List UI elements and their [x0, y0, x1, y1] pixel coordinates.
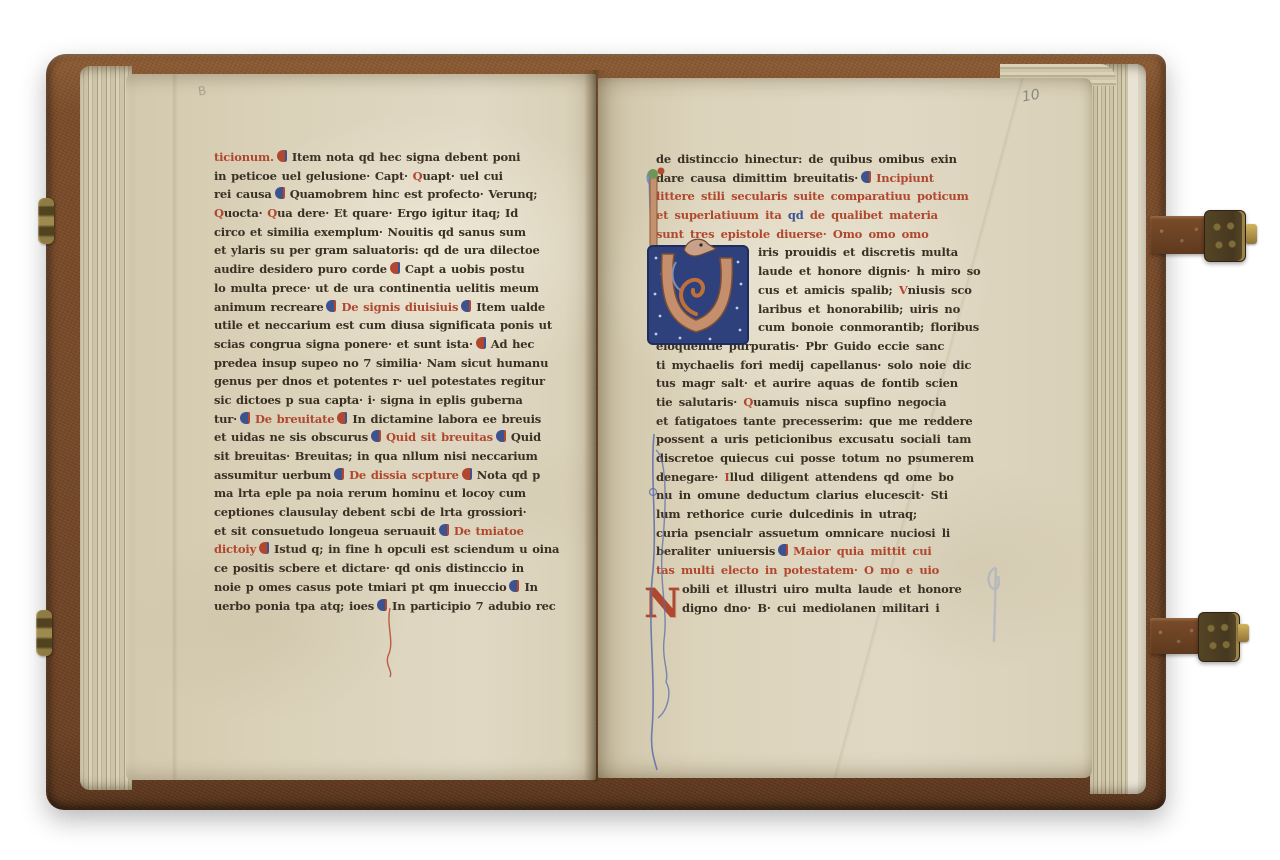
text-line: noie p omes casus pote tmiari pt qm inue… — [214, 578, 566, 597]
text-line: sit breuitas· Breuitas; in qua nllum nis… — [214, 447, 566, 466]
capitulum-mark — [390, 262, 400, 274]
text-line: ticionum.Item nota qd hec signa debent p… — [214, 148, 566, 167]
red-pen-flourish — [382, 608, 400, 678]
text-line: ti mychaelis fori medij capellanus· solo… — [656, 356, 1062, 375]
text-line: et fatigatoes tante precesserim: que me … — [656, 412, 1062, 431]
text-segment: uapt· uel cui — [423, 169, 503, 183]
text-line: ma lrta eple pa noia rerum hominu et loc… — [214, 484, 566, 503]
text-line: ceptiones clausulay debent scbi de lrta … — [214, 503, 566, 522]
text-segment: llud diligent attendens qd ome bo — [730, 470, 954, 484]
capitulum-mark — [277, 150, 287, 162]
text-line: assumitur uerbumDe dissia scptureNota qd… — [214, 466, 566, 485]
manuscript-photo: B ticionum.Item nota qd hec signa debent… — [0, 0, 1280, 860]
text-line: scias congrua signa ponere· et sunt ista… — [214, 335, 566, 354]
quire-mark-pencil: B — [197, 83, 207, 98]
text-segment: assumitur uerbum — [214, 468, 331, 482]
capitulum-mark — [509, 580, 519, 592]
text-segment: Ad hec — [491, 337, 534, 351]
text-segment: niusis sco — [908, 283, 972, 297]
text-segment: Q — [267, 206, 277, 220]
brass-hook-lower — [1238, 624, 1249, 642]
text-line: nu in omune deductum clarius elucescit· … — [656, 486, 1062, 505]
text-segment: et sit consuetudo longeua seruauit — [214, 524, 436, 538]
text-segment: De breuitate — [255, 412, 334, 426]
illuminated-initial: V — [640, 166, 754, 348]
capitulum-mark — [371, 430, 381, 442]
text-segment: De signis diuisiuis — [341, 300, 458, 314]
text-segment: De dissia scpture — [349, 468, 459, 482]
brass-clasp-pin-upper — [38, 198, 54, 244]
text-line: lum rethorice curie dulcedinis in utraq; — [656, 505, 1062, 524]
text-segment: ceptiones clausulay debent scbi de lrta … — [214, 505, 526, 519]
text-line: possent a uris peticionibus excusatu soc… — [656, 430, 1062, 449]
text-segment: rei causa — [214, 187, 272, 201]
text-line: predea insup supeo no 7 similia· Nam sic… — [214, 354, 566, 373]
text-segment: tie salutaris· — [656, 395, 743, 409]
text-line: tus magr salt· et aurire aquas de fontib… — [656, 374, 1062, 393]
text-segment: Item ualde — [476, 300, 545, 314]
text-line: curia psencialr assuetum omnicare nucios… — [656, 524, 1062, 543]
text-line: Quocta· Qua dere· Et quare· Ergo igitur … — [214, 204, 566, 223]
text-line: circo et similia exemplum· Nouitis qd sa… — [214, 223, 566, 242]
text-line: tie salutaris· Quamuis nisca supfino neg… — [656, 393, 1062, 412]
capitulum-mark — [461, 300, 471, 312]
capitulum-mark — [240, 412, 250, 424]
text-segment: sit breuitas· Breuitas; in qua nllum nis… — [214, 449, 538, 463]
text-segment: lum rethorice curie dulcedinis in utraq; — [656, 507, 917, 521]
left-page: B ticionum.Item nota qd hec signa debent… — [126, 74, 596, 780]
text-line: et uidas ne sis obscurusQuid sit breuita… — [214, 428, 566, 447]
clasp-metal-plate-lower — [1198, 612, 1240, 662]
text-segment: Q — [413, 169, 423, 183]
capitulum-mark — [496, 430, 506, 442]
text-segment: curia psencialr assuetum omnicare nucios… — [656, 526, 950, 540]
page-stack-left-edge — [80, 66, 132, 790]
text-segment: lo multa prece· ut de ura continentia ue… — [214, 281, 539, 295]
folio-number: 10 — [1021, 87, 1041, 106]
text-line: utile et neccarium est cum diusa signifi… — [214, 316, 566, 335]
text-segment: possent a uris peticionibus excusatu soc… — [656, 432, 971, 446]
page-stack-fore-edge — [1090, 64, 1146, 794]
text-line: sic dictoes p sua capta· i· signa in epl… — [214, 391, 566, 410]
capitulum-mark — [334, 468, 344, 480]
text-line: discretoe quiecus cui posse totum no psu… — [656, 449, 1062, 468]
brass-clasp-pin-lower — [36, 610, 52, 656]
capitulum-mark — [439, 524, 449, 536]
text-segment: Maior quia mittit cui — [793, 544, 931, 558]
text-segment: ma lrta eple pa noia rerum hominu et loc… — [214, 486, 526, 500]
text-segment: uamuis nisca supfino negocia — [753, 395, 946, 409]
text-segment: et ylaris su per gram saluatoris: qd de … — [214, 243, 540, 257]
text-segment: et uidas ne sis obscurus — [214, 430, 368, 444]
brass-hook-upper — [1246, 224, 1257, 244]
text-segment: De tmiatoe — [454, 524, 524, 538]
text-segment: ti mychaelis fori medij capellanus· solo… — [656, 358, 971, 372]
text-segment: ua dere· Et quare· Ergo igitur itaq; Id — [277, 206, 518, 220]
text-segment: dictoiy — [214, 542, 256, 556]
capitulum-mark — [462, 468, 472, 480]
text-line: dictoiyIstud q; in fine h opculi est sci… — [214, 540, 566, 559]
capitulum-mark — [326, 300, 336, 312]
text-segment: qd — [788, 208, 804, 222]
text-segment: genus per dnos et potentes r· uel potest… — [214, 374, 545, 388]
capitulum-mark — [778, 544, 788, 556]
text-segment: Istud q; in fine h opculi est sciendum u… — [274, 542, 559, 556]
text-segment: uerbo ponia tpa atq; ioes — [214, 599, 374, 613]
text-segment: cum bonoie conmorantib; floribus — [758, 320, 979, 334]
text-segment: noie p omes casus pote tmiari pt qm inue… — [214, 580, 506, 594]
text-line: rei causaQuamobrem hinc est profecto· Ve… — [214, 185, 566, 204]
text-segment: tur· — [214, 412, 237, 426]
text-segment: Q — [743, 395, 753, 409]
text-segment: Capt a uobis postu — [405, 262, 525, 276]
text-segment: uocta· — [224, 206, 267, 220]
text-segment: beraliter uniuersis — [656, 544, 775, 558]
text-segment: Incipiunt — [876, 171, 934, 185]
text-line: ce positis scbere et dictare· qd onis di… — [214, 559, 566, 578]
text-line: et ylaris su per gram saluatoris: qd de … — [214, 241, 566, 260]
text-line: tur·De breuitateIn dictamine labora ee b… — [214, 410, 566, 429]
text-segment: de qualibet materia — [804, 208, 938, 222]
text-line: animum recreareDe signis diuisiuisItem u… — [214, 298, 566, 317]
text-line: beraliter uniuersisMaior quia mittit cui — [656, 542, 1062, 561]
text-segment: Quamobrem hinc est profecto· Verunq; — [290, 187, 538, 201]
text-line: in peticoe uel gelusione· Capt· Quapt· u… — [214, 167, 566, 186]
text-segment: predea insup supeo no 7 similia· Nam sic… — [214, 356, 548, 370]
text-segment: tus magr salt· et aurire aquas de fontib… — [656, 376, 958, 390]
faded-margin-mark — [982, 562, 1004, 648]
capitulum-mark — [259, 542, 269, 554]
text-line: denegare· Illud diligent attendens qd om… — [656, 468, 1062, 487]
capitulum-mark — [275, 187, 285, 199]
leather-clasp-strap-lower — [1150, 618, 1202, 654]
capitulum-mark — [476, 337, 486, 349]
text-segment: scias congrua signa ponere· et sunt ista… — [214, 337, 473, 351]
text-segment: iris prouidis et discretis multa — [758, 245, 958, 259]
blue-marginal-flourish — [642, 430, 670, 772]
text-segment: V — [899, 283, 908, 297]
text-segment: ce positis scbere et dictare· qd onis di… — [214, 561, 524, 575]
text-segment: de distinccio hinectur: de quibus omibus… — [656, 152, 957, 166]
text-segment: laude et honore dignis· h miro so — [758, 264, 980, 278]
text-segment: In — [524, 580, 537, 594]
text-segment: Quid — [511, 430, 541, 444]
text-segment: Q — [214, 206, 224, 220]
text-line: lo multa prece· ut de ura continentia ue… — [214, 279, 566, 298]
right-page: 10 de distinccio hinectur: de quibus omi… — [598, 78, 1092, 778]
text-segment: utile et neccarium est cum diusa signifi… — [214, 318, 552, 332]
text-segment: Nota qd p — [477, 468, 540, 482]
text-segment: discretoe quiecus cui posse totum no psu… — [656, 451, 974, 465]
text-segment: nu in omune deductum clarius elucescit· … — [656, 488, 948, 502]
text-segment: audire desidero puro corde — [214, 262, 387, 276]
text-segment: animum recreare — [214, 300, 323, 314]
text-segment: laribus et honorabilib; uiris no — [758, 302, 960, 316]
capitulum-mark — [861, 171, 871, 183]
text-line: et sit consuetudo longeua seruauitDe tmi… — [214, 522, 566, 541]
text-segment: In participio 7 adubio rec — [392, 599, 556, 613]
text-segment: et fatigatoes tante precesserim: que me … — [656, 414, 973, 428]
text-segment: Item nota qd hec signa debent poni — [292, 150, 520, 164]
text-line: audire desidero puro cordeCapt a uobis p… — [214, 260, 566, 279]
text-segment: tas multi electo in potestatem· O mo e u… — [656, 563, 939, 577]
left-text-block: ticionum.Item nota qd hec signa debent p… — [214, 148, 566, 615]
text-segment: ticionum. — [214, 150, 274, 164]
text-segment: in peticoe uel gelusione· Capt· — [214, 169, 413, 183]
illuminated-initial-art — [640, 166, 754, 348]
text-line: genus per dnos et potentes r· uel potest… — [214, 372, 566, 391]
text-segment: circo et similia exemplum· Nouitis qd sa… — [214, 225, 526, 239]
clasp-metal-plate-upper — [1204, 210, 1246, 262]
text-segment: cus et amicis spalib; — [758, 283, 899, 297]
text-segment: sic dictoes p sua capta· i· signa in epl… — [214, 393, 523, 407]
leather-clasp-strap-upper — [1150, 216, 1208, 254]
text-segment: Quid sit breuitas — [386, 430, 493, 444]
text-segment: digno dno· B· cui mediolanen militari i — [682, 601, 940, 615]
text-segment: In dictamine labora ee breuis — [352, 412, 541, 426]
text-segment: obili et illustri uiro multa laude et ho… — [682, 582, 962, 596]
capitulum-mark — [337, 412, 347, 424]
